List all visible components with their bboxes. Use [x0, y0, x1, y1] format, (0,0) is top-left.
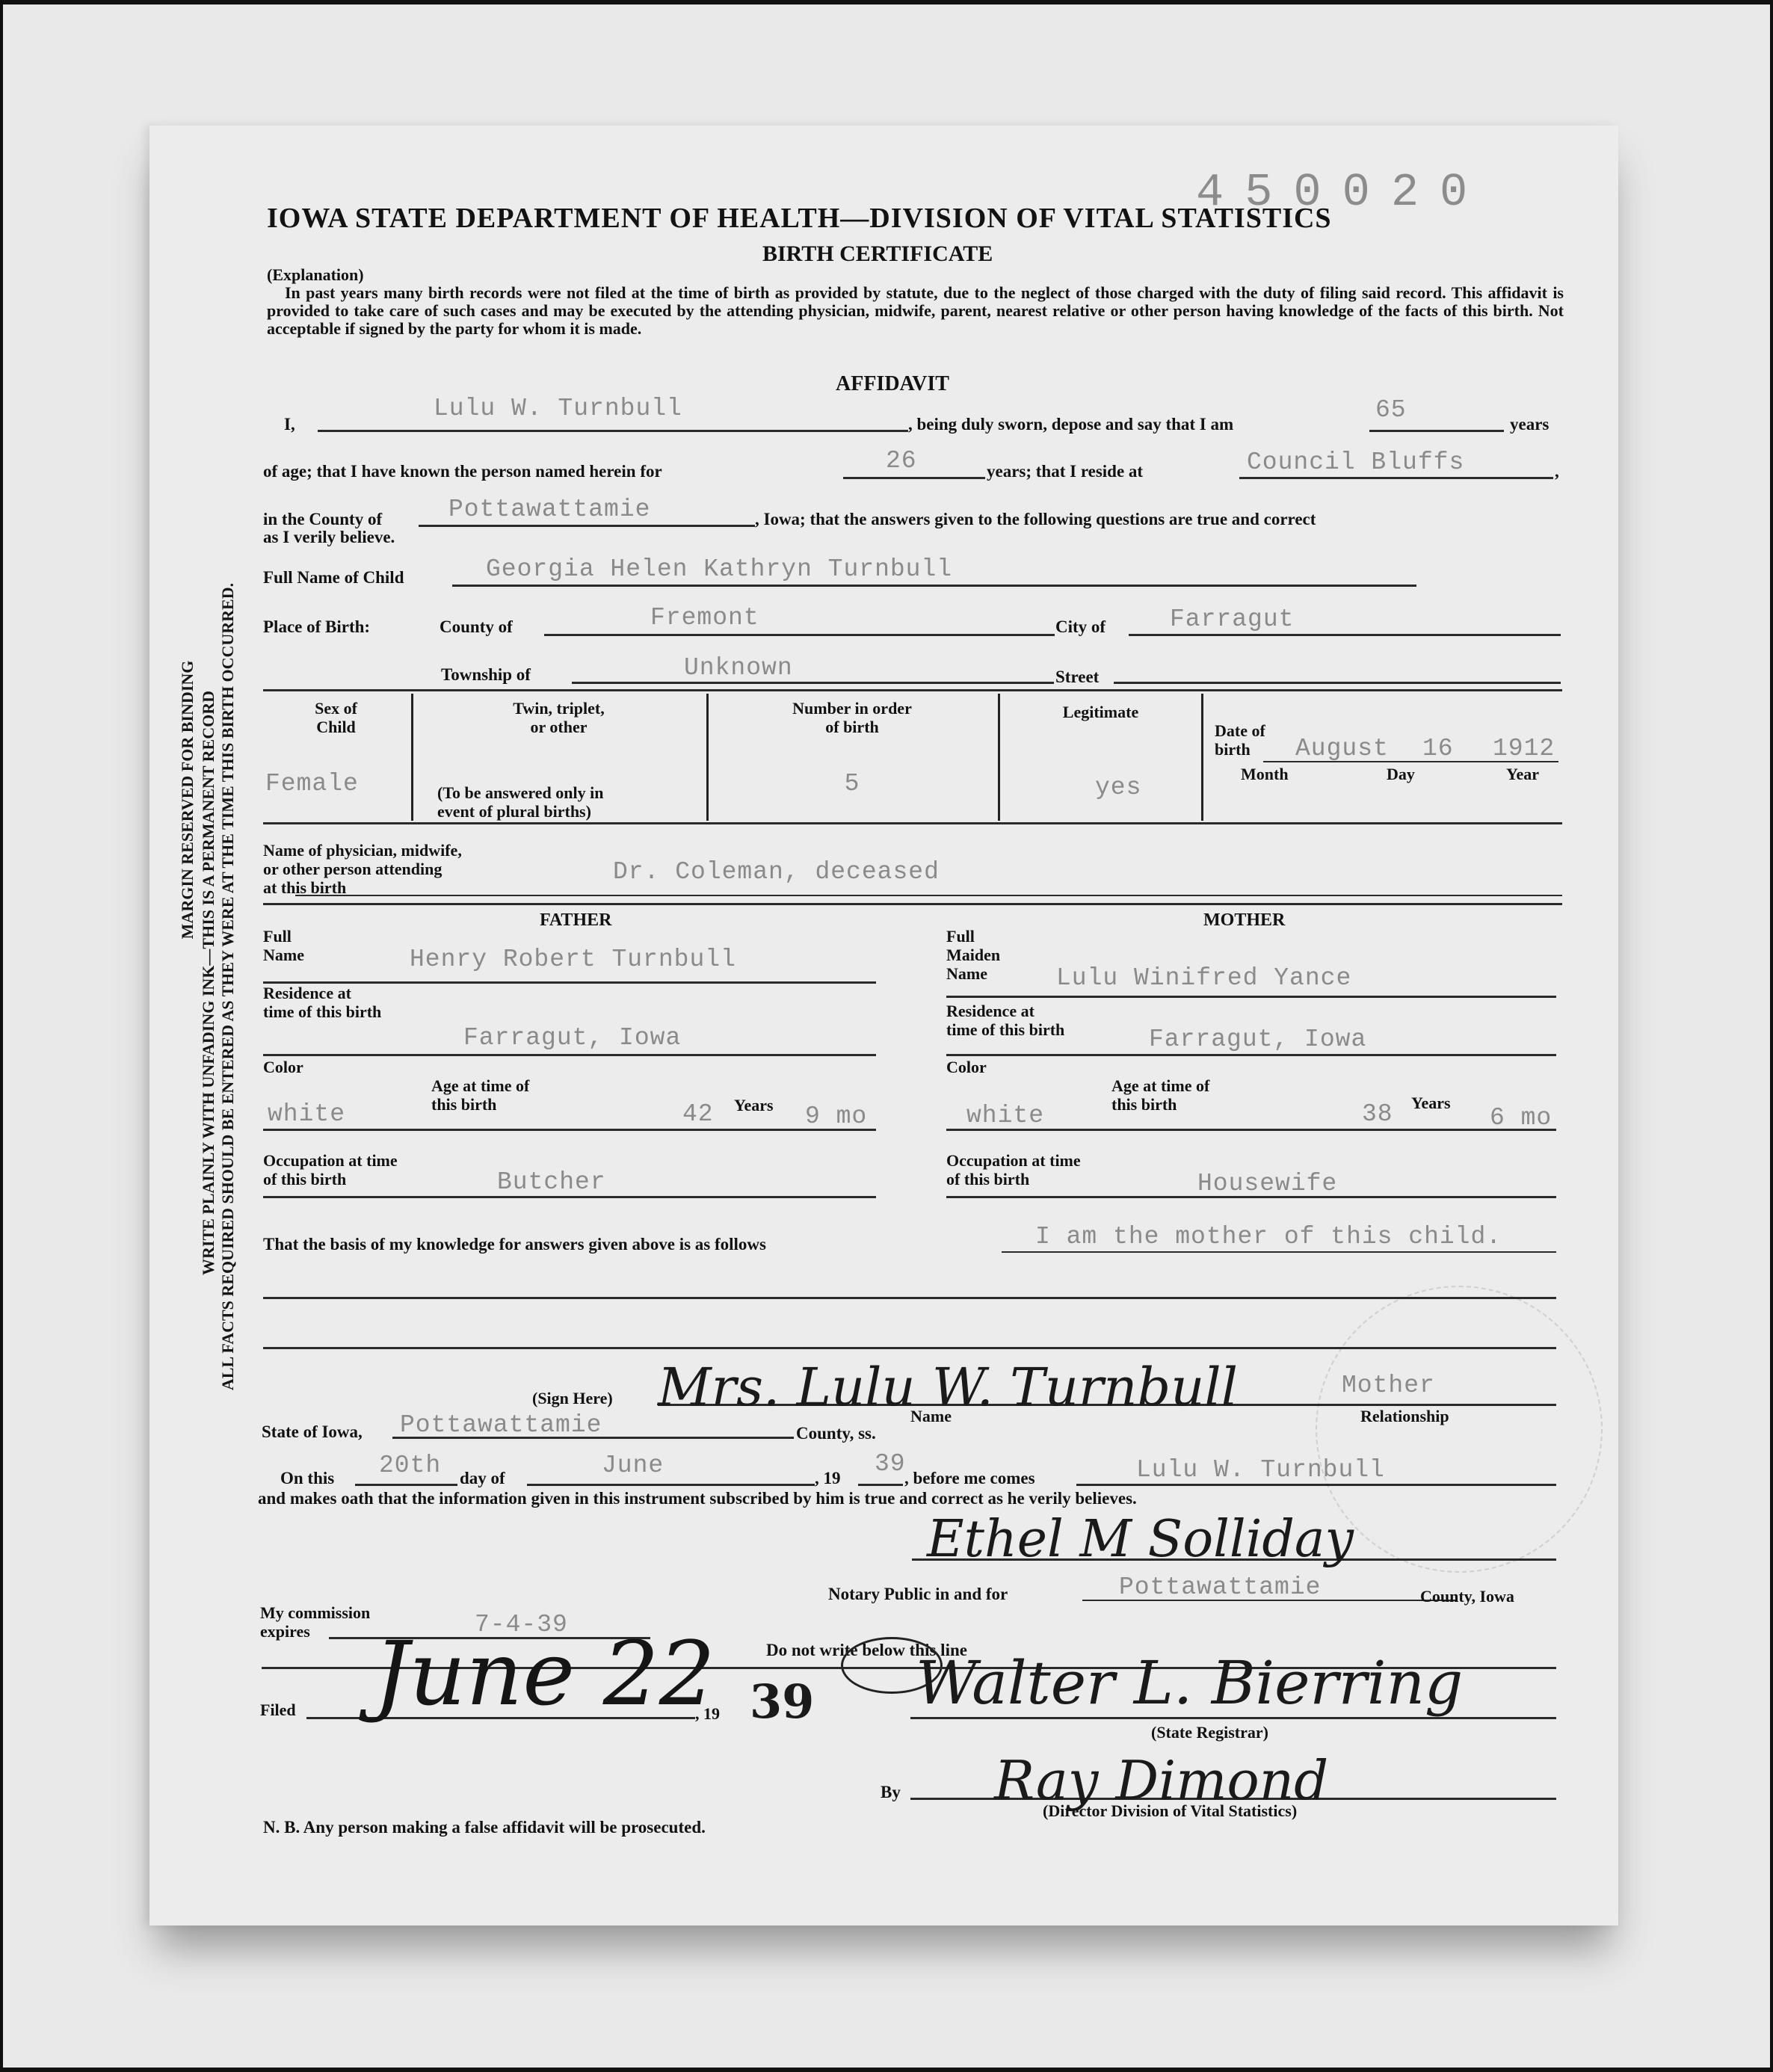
- label-mother-occupation: Occupation at time of this birth: [946, 1151, 1081, 1188]
- birth-county-line: [544, 634, 1055, 636]
- label-state-registrar: (State Registrar): [1151, 1723, 1268, 1742]
- label-county: in the County of: [263, 510, 382, 529]
- col-header-order: Number in order of birth: [710, 699, 994, 736]
- label-by: By: [881, 1783, 901, 1802]
- dob-day-field[interactable]: 16: [1422, 735, 1454, 762]
- col-header-twin: Twin, triplet, or other: [415, 699, 703, 736]
- mother-age-months-field[interactable]: 6 mo: [1490, 1104, 1552, 1132]
- label-street: Street: [1055, 667, 1099, 687]
- comma: ,: [1555, 462, 1559, 481]
- before-me-line: [1076, 1484, 1556, 1486]
- label-relationship: Relationship: [1360, 1407, 1449, 1425]
- year-line: [858, 1484, 903, 1486]
- knowledge-line: [1002, 1251, 1556, 1253]
- notary-for-county-field[interactable]: Pottawattamie: [1119, 1573, 1321, 1601]
- father-name-field[interactable]: Henry Robert Turnbull: [410, 946, 736, 973]
- label-month: Month: [1241, 765, 1289, 783]
- label-township-of: Township of: [441, 665, 531, 685]
- affiant-name-line: [318, 430, 908, 432]
- attendant-line: [295, 895, 1562, 896]
- mother-residence-field[interactable]: Farragut, Iowa: [1149, 1026, 1366, 1053]
- notary-seal-emboss: [1316, 1286, 1603, 1573]
- label-sworn: , being duly sworn, depose and say that …: [908, 415, 1233, 434]
- county-field[interactable]: Pottawattamie: [448, 496, 650, 523]
- label-attendant: Name of physician, midwife, or other per…: [263, 841, 462, 897]
- label-county-of: County of: [440, 617, 513, 637]
- scan-border-left: [0, 0, 3, 2072]
- affiant-age-line: [1369, 430, 1504, 432]
- mother-color-line: [946, 1129, 1556, 1131]
- township-line: [572, 682, 1054, 684]
- label-iowa: , Iowa; that the answers given to the fo…: [755, 510, 1316, 529]
- street-line: [1114, 682, 1561, 684]
- notary-month-field[interactable]: June: [602, 1452, 664, 1479]
- sex-field[interactable]: Female: [265, 770, 359, 798]
- label-father-occupation: Occupation at time of this birth: [263, 1151, 398, 1188]
- father-occupation-field[interactable]: Butcher: [497, 1168, 606, 1196]
- dob-month-field[interactable]: August: [1295, 735, 1389, 762]
- certificate-title: BIRTH CERTIFICATE: [762, 241, 993, 267]
- label-county-iowa: County, Iowa: [1420, 1587, 1514, 1606]
- mother-color-field[interactable]: white: [966, 1102, 1044, 1129]
- label-knowledge: That the basis of my knowledge for answe…: [263, 1235, 766, 1254]
- scan-border-right: [1770, 0, 1773, 2072]
- explanation-text: In past years many birth records were no…: [267, 284, 1564, 338]
- table-divider-3: [998, 694, 1000, 821]
- years-known-field[interactable]: 26: [886, 447, 917, 475]
- mother-name-field[interactable]: Lulu Winifred Yance: [1056, 964, 1351, 992]
- label-father-residence: Residence at time of this birth: [263, 984, 381, 1021]
- false-affidavit-note: N. B. Any person making a false affidavi…: [263, 1818, 706, 1837]
- relationship-field[interactable]: Mother: [1342, 1372, 1435, 1399]
- label-father-age: Age at time of this birth: [431, 1076, 529, 1114]
- father-occupation-line: [263, 1196, 876, 1198]
- label-on-this: On this: [280, 1469, 334, 1488]
- years-known-line: [843, 477, 985, 479]
- month-line: [527, 1484, 815, 1486]
- label-date-of-birth: Date of birth: [1215, 721, 1265, 759]
- father-residence-field[interactable]: Farragut, Iowa: [463, 1024, 681, 1052]
- order-field[interactable]: 5: [710, 770, 994, 798]
- label-state-of-iowa: State of Iowa,: [262, 1422, 363, 1442]
- father-age-months-field[interactable]: 9 mo: [805, 1103, 867, 1130]
- affidavit-heading: AFFIDAVIT: [836, 372, 949, 396]
- birth-county-field[interactable]: Fremont: [650, 604, 759, 632]
- col-header-legitimate: Legitimate: [1002, 703, 1200, 721]
- table-divider-1: [411, 694, 413, 821]
- label-believe: as I verily believe.: [263, 528, 395, 547]
- father-heading: FATHER: [540, 910, 611, 931]
- notary-year-field[interactable]: 39: [875, 1450, 906, 1478]
- father-age-years-field[interactable]: 42: [682, 1100, 714, 1128]
- scan-border-top: [0, 0, 1773, 4]
- mother-heading: MOTHER: [1203, 910, 1285, 931]
- label-father-color: Color: [263, 1058, 303, 1076]
- label-before-me: , before me comes: [904, 1469, 1035, 1488]
- label-known: of age; that I have known the person nam…: [263, 462, 662, 481]
- mother-occupation-field[interactable]: Housewife: [1197, 1170, 1337, 1197]
- birth-city-field[interactable]: Farragut: [1170, 605, 1294, 633]
- table-bottom-line: [263, 822, 1562, 824]
- label-mother-name: Full Maiden Name: [946, 927, 1000, 983]
- mother-residence-line: [946, 1054, 1556, 1056]
- label-director: (Director Division of Vital Statistics): [1043, 1801, 1297, 1820]
- margin-note-binding: MARGIN RESERVED FOR BINDING: [178, 404, 197, 1196]
- affiant-name-field[interactable]: Lulu W. Turnbull: [434, 395, 682, 422]
- label-filed: Filed: [260, 1701, 296, 1719]
- label-day: Day: [1387, 765, 1415, 783]
- county-line: [419, 525, 755, 527]
- explanation-heading: (Explanation): [267, 265, 364, 285]
- legitimate-field[interactable]: yes: [1095, 774, 1141, 801]
- label-nineteen: , 19: [815, 1469, 841, 1488]
- label-sign-here: (Sign Here): [532, 1389, 613, 1407]
- table-divider-4: [1201, 694, 1203, 821]
- label-years: years: [1510, 415, 1549, 434]
- label-year: Year: [1506, 765, 1539, 783]
- child-name-field[interactable]: Georgia Helen Kathryn Turnbull: [486, 555, 952, 583]
- scan-border-bottom: [0, 2068, 1773, 2072]
- label-place-of-birth: Place of Birth:: [263, 617, 370, 637]
- label-child-name: Full Name of Child: [263, 568, 404, 588]
- knowledge-field[interactable]: I am the mother of this child.: [1035, 1223, 1502, 1251]
- registrar-signature[interactable]: Walter L. Bierring: [916, 1648, 1463, 1718]
- label-commission: My commission expires: [260, 1603, 370, 1641]
- township-field[interactable]: Unknown: [684, 654, 793, 682]
- mother-name-line: [946, 996, 1556, 998]
- notary-day-field[interactable]: 20th: [379, 1452, 441, 1479]
- label-mother-age: Age at time of this birth: [1111, 1076, 1209, 1114]
- margin-note-ink: WRITE PLAINLY WITH UNFADING INK—THIS IS …: [199, 385, 218, 1581]
- margin-note-facts: ALL FACTS REQUIRED SHOULD BE ENTERED AS …: [218, 389, 238, 1585]
- dob-year-field[interactable]: 1912: [1493, 735, 1555, 762]
- label-father-years: Years: [734, 1096, 774, 1114]
- child-name-line: [452, 585, 1416, 587]
- label-notary-for: Notary Public in and for: [828, 1585, 1008, 1604]
- knowledge-line-2: [263, 1297, 1556, 1299]
- notary-person-field[interactable]: Lulu W. Turnbull: [1136, 1456, 1385, 1484]
- label-father-name: Full Name: [263, 927, 304, 964]
- knowledge-line-3: [263, 1347, 1556, 1349]
- label-mother-residence: Residence at time of this birth: [946, 1002, 1064, 1039]
- attendant-field[interactable]: Dr. Coleman, deceased: [613, 858, 940, 886]
- filed-year-handwritten[interactable]: 39: [750, 1674, 814, 1729]
- label-mother-color: Color: [946, 1058, 987, 1076]
- label-day-of: day of: [460, 1469, 505, 1488]
- label-reside: years; that I reside at: [987, 462, 1143, 481]
- label-county-ss: County, ss.: [796, 1424, 876, 1443]
- label-city-of: City of: [1055, 617, 1106, 637]
- mother-age-years-field[interactable]: 38: [1362, 1100, 1393, 1128]
- department-title: IOWA STATE DEPARTMENT OF HEALTH—DIVISION…: [267, 202, 1332, 235]
- table-top-line: [263, 689, 1562, 691]
- label-oath: and makes oath that the information give…: [258, 1489, 1137, 1508]
- label-name: Name: [910, 1407, 952, 1425]
- filed-date-handwritten[interactable]: June 22: [374, 1622, 715, 1725]
- attendant-double-line: [263, 903, 1562, 905]
- affiant-age-field[interactable]: 65: [1375, 396, 1407, 424]
- birth-city-line: [1129, 634, 1561, 636]
- notary-state-county-field[interactable]: Pottawattamie: [400, 1411, 602, 1439]
- label-filed-nineteen: , 19: [695, 1704, 720, 1723]
- residence-field[interactable]: Council Bluffs: [1247, 448, 1464, 476]
- father-residence-line: [263, 1054, 876, 1056]
- col-header-sex: Sex of Child: [263, 699, 409, 736]
- label-i: I,: [284, 415, 295, 434]
- day-line: [355, 1484, 457, 1486]
- notary-signature[interactable]: Ethel M Solliday: [927, 1510, 1354, 1569]
- table-divider-2: [706, 694, 709, 821]
- twin-note: (To be answered only in event of plural …: [437, 783, 604, 821]
- label-mother-years: Years: [1411, 1094, 1451, 1112]
- residence-line: [1239, 477, 1553, 479]
- father-color-line: [263, 1129, 876, 1131]
- father-color-field[interactable]: white: [268, 1100, 345, 1128]
- mother-occupation-line: [946, 1196, 1556, 1198]
